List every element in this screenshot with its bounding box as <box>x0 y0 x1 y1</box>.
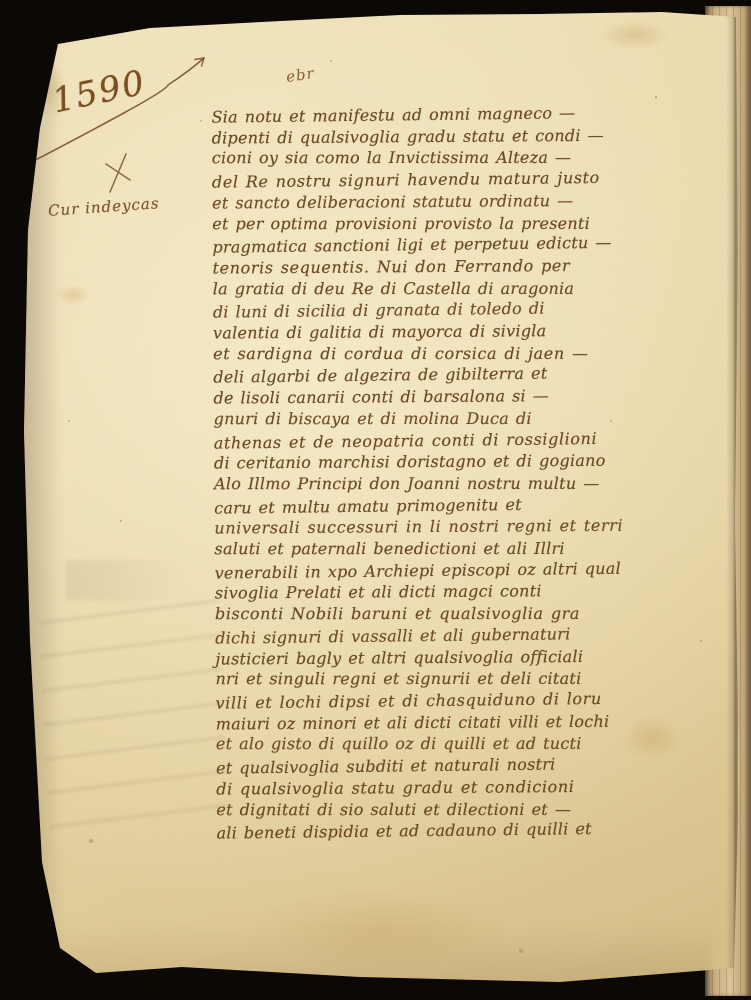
manuscript-line: nri et singuli regni et signurii et deli… <box>215 668 651 690</box>
manuscript-line: tenoris sequentis. Nui don Ferrando per <box>212 254 648 279</box>
paper-specks <box>0 0 2 2</box>
margin-annotation: Cur indeycas <box>48 194 161 220</box>
manuscript-line: ali beneti dispidia et ad cadauno di qui… <box>216 818 652 845</box>
photograph-background: 1590 ebr Cur indeycas Sia notu et manife… <box>0 0 751 1000</box>
manuscript-line: justicieri bagly et altri qualsivoglia o… <box>215 645 651 670</box>
manuscript-line: cioni oy sia como la Invictissima Alteza… <box>212 147 648 169</box>
manuscript-page: 1590 ebr Cur indeycas Sia notu et manife… <box>0 0 745 1000</box>
manuscript-line: et dignitati di sio saluti et dilectioni… <box>216 798 652 820</box>
manuscript-line: et alo gisto di quillo oz di quilli et a… <box>216 733 652 755</box>
foxing-stain <box>56 284 90 306</box>
manuscript-line: sivoglia Prelati et ali dicti magci cont… <box>215 580 651 605</box>
foxing-stain <box>250 890 510 970</box>
manuscript-line: bisconti Nobili baruni et qualsivoglia g… <box>215 603 651 625</box>
manuscript-line: maiuri oz minori et ali dicti citati vil… <box>216 710 652 735</box>
show-through-text <box>66 560 186 600</box>
manuscript-line: de lisoli canarii conti di barsalona si … <box>213 385 649 410</box>
manuscript-line: gnuri di biscaya et di molina Duca di <box>214 408 650 430</box>
manuscript-line: di qualsivoglia statu gradu et condicion… <box>216 775 652 800</box>
manuscript-line: et per optima provisioni provisto la pre… <box>212 212 648 234</box>
margin-cross-icon <box>100 150 134 196</box>
manuscript-line: saluti et paternali benedictioni et ali … <box>215 538 651 560</box>
show-through-text <box>38 593 230 842</box>
manuscript-line: valentia di galitia di mayorca di sivigl… <box>213 320 649 345</box>
manuscript-line: dipenti di qualsivoglia gradu statu et c… <box>212 124 648 149</box>
header-catchword: ebr <box>285 64 316 86</box>
text-block: Sia notu et manifestu ad omni magneco —d… <box>211 102 652 843</box>
foxing-stain <box>600 20 670 50</box>
manuscript-line: et sancto deliberacioni statutu ordinatu… <box>212 189 648 214</box>
manuscript-line: Alo Illmo Principi don Joanni nostru mul… <box>214 473 650 495</box>
